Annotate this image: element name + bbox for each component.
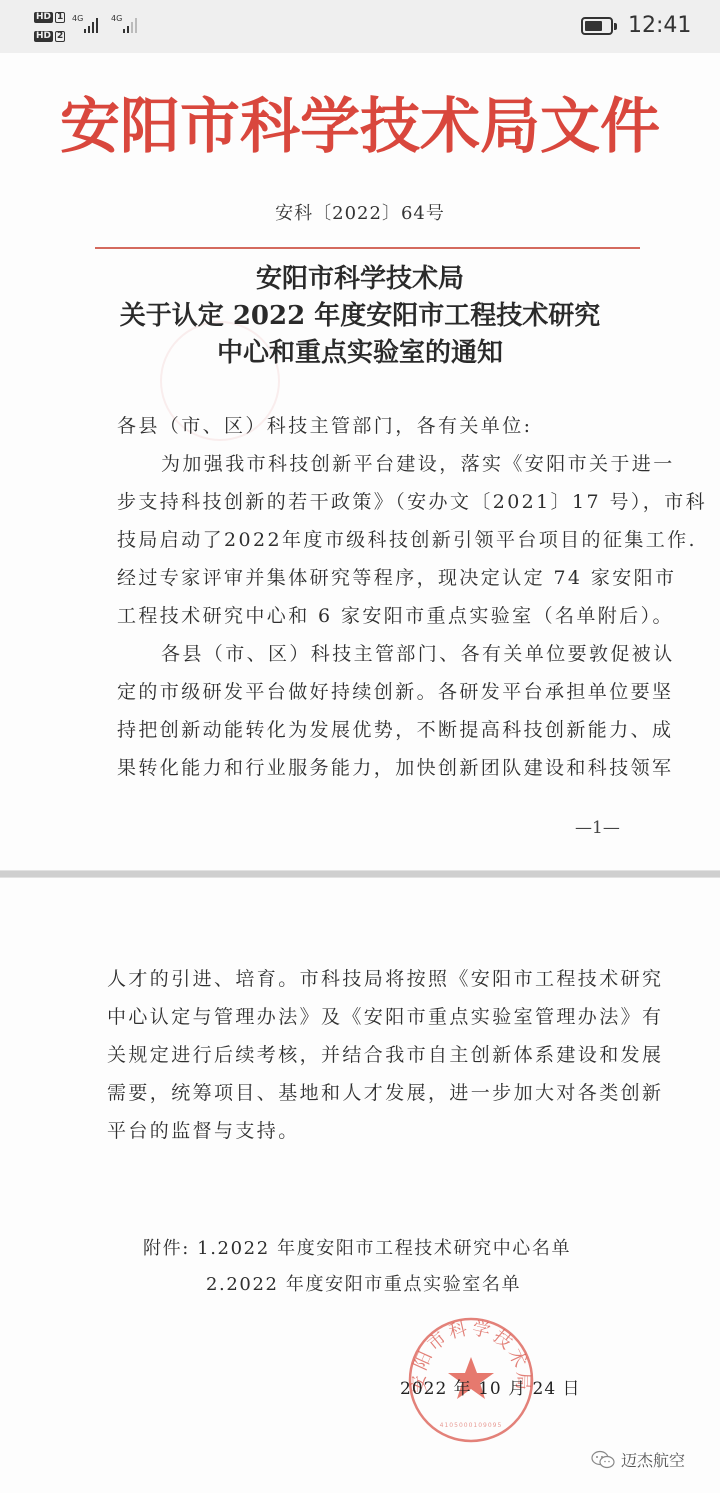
- paragraph-line: 平台的监督与支持。: [107, 1112, 622, 1150]
- document-date: 2022 年 10 月 24 日: [400, 1374, 581, 1399]
- clock: 12:41: [628, 13, 691, 38]
- document-title: 安阳市科学技术局 关于认定 2022 年度安阳市工程技术研究 中心和重点实验室的…: [0, 261, 720, 372]
- source-watermark: 迈杰航空: [591, 1448, 685, 1471]
- battery-icon: [581, 17, 613, 35]
- paragraph-line: 关规定进行后续考核，并结合我市自主创新体系建设和发展: [107, 1036, 622, 1074]
- document-number: 安科〔2022〕64号: [0, 199, 720, 225]
- paragraph-line: 各县（市、区）科技主管部门、各有关单位要敦促被认: [117, 635, 620, 673]
- attachment-item-1: 附件: 1.2022 年度安阳市工程技术研究中心名单: [143, 1234, 571, 1260]
- sim2-indicator: HD2: [34, 31, 65, 42]
- paragraph-line: 人才的引进、培育。市科技局将按照《安阳市工程技术研究: [107, 960, 622, 998]
- paragraph-line: 经过专家评审并集体研究等程序，现决定认定 74 家安阳市: [117, 559, 620, 597]
- paragraph-line: 需要，统筹项目、基地和人才发展，进一步加大对各类创新: [107, 1074, 622, 1112]
- paragraph-line: 定的市级研发平台做好持续创新。各研发平台承担单位要坚: [117, 673, 620, 711]
- hd-icon: HD: [34, 31, 53, 42]
- status-bar: HD1 HD2 4G 4G 12:41: [0, 0, 720, 53]
- paragraph-line: 果转化能力和行业服务能力，加快创新团队建设和科技领军: [117, 749, 620, 787]
- paragraph-line: 为加强我市科技创新平台建设，落实《安阳市关于进一: [117, 445, 620, 483]
- network-type-2: 4G: [111, 14, 122, 23]
- network-type-1: 4G: [72, 14, 83, 23]
- page-separator: [0, 870, 720, 878]
- red-divider: [95, 247, 640, 249]
- paragraph-line: 技局启动了2022年度市级科技创新引领平台项目的征集工作.: [117, 521, 620, 559]
- document-masthead: 安阳市科学技术局文件: [0, 79, 720, 165]
- paragraph-line: 工程技术研究中心和 6 家安阳市重点实验室（名单附后）。: [117, 597, 620, 635]
- attachment-item-2: 2.2022 年度安阳市重点实验室名单: [206, 1270, 521, 1296]
- document-page-2: 人才的引进、培育。市科技局将按照《安阳市工程技术研究 中心认定与管理办法》及《安…: [0, 878, 720, 1493]
- watermark-label: 迈杰航空: [621, 1448, 685, 1471]
- paragraph-line: 中心认定与管理办法》及《安阳市重点实验室管理办法》有: [107, 998, 622, 1036]
- document-body: 人才的引进、培育。市科技局将按照《安阳市工程技术研究 中心认定与管理办法》及《安…: [107, 960, 622, 1150]
- document-page-1: 安阳市科学技术局文件 安科〔2022〕64号 安阳市科学技术局 关于认定 202…: [0, 53, 720, 870]
- paragraph-line: 步支持科技创新的若干政策》（安办文〔2021〕17 号），市科: [117, 483, 620, 521]
- hd-icon: HD: [34, 12, 53, 23]
- signal-strength-icon: [84, 18, 98, 33]
- salutation: 各县（市、区）科技主管部门，各有关单位:: [117, 407, 620, 445]
- signal-strength-icon: [123, 18, 137, 33]
- paragraph-line: 持把创新动能转化为发展优势，不断提高科技创新能力、成: [117, 711, 620, 749]
- wechat-icon: [591, 1450, 615, 1470]
- document-body: 各县（市、区）科技主管部门，各有关单位: 为加强我市科技创新平台建设，落实《安阳…: [117, 407, 620, 787]
- sim1-indicator: HD1: [34, 12, 65, 23]
- svg-text:4105000109095: 4105000109095: [440, 1422, 503, 1429]
- page-number: —1—: [575, 818, 620, 838]
